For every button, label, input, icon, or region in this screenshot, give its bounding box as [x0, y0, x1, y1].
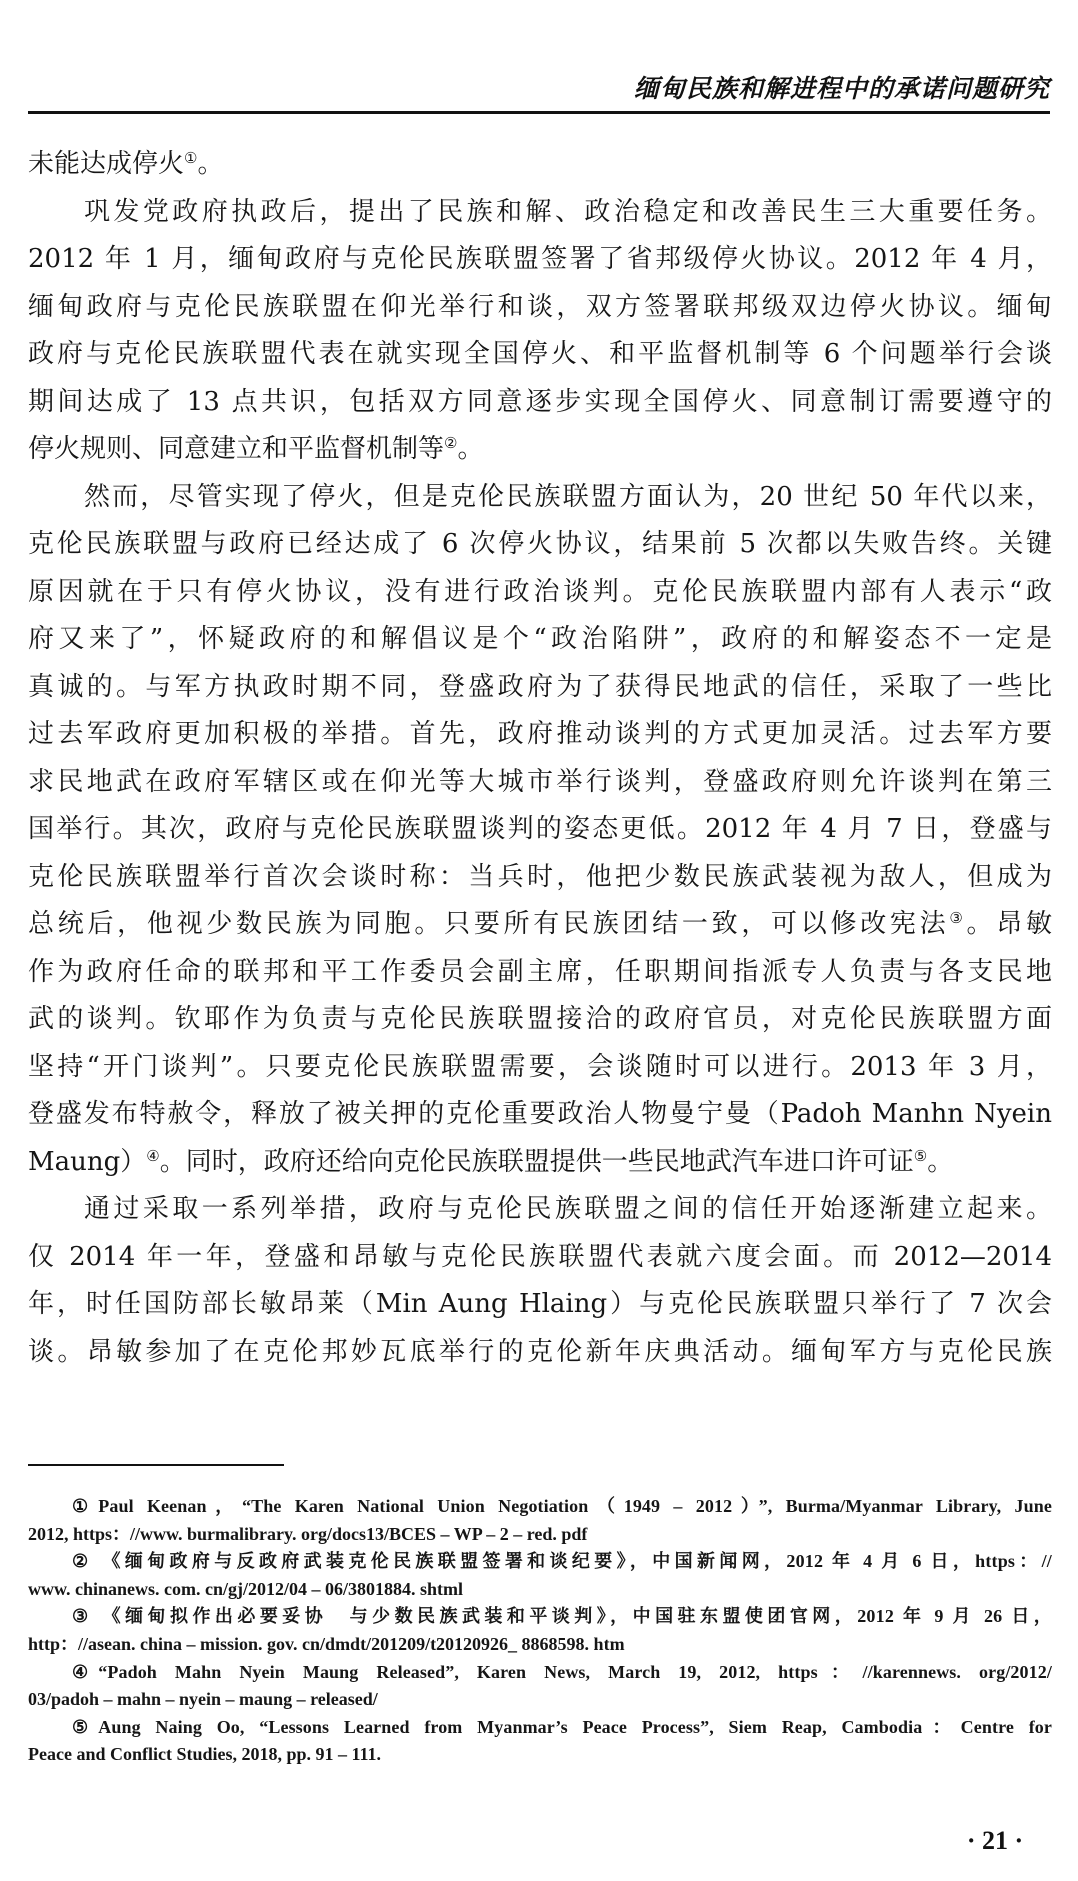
line-text: 克伦民族联盟与政府已经达成了 6 次停火协议，结果前 5 次都以失败告终。关键: [28, 529, 1052, 559]
body-line: 坚持“开门谈判”。只要克伦民族联盟需要，会谈随时可以进行。2013 年 3 月，: [28, 1044, 1052, 1092]
line-text: 登盛发布特赦令，释放了被关押的克伦重要政治人物曼宁曼（Padoh Manhn N…: [28, 1099, 1052, 1129]
line-text: 政府与克伦民族联盟代表在就实现全国停火、和平监督机制等 6 个问题举行会谈: [28, 339, 1052, 369]
footnote-reference[interactable]: ②: [444, 434, 457, 452]
body-text: 未能达成停火①。巩发党政府执政后，提出了民族和解、政治稳定和改善民生三大重要任务…: [28, 141, 1052, 1376]
body-line: 通过采取一系列举措，政府与克伦民族联盟之间的信任开始逐渐建立起来。: [28, 1186, 1052, 1234]
footnote-text: 2012, https：//www. burmalibrary. org/doc…: [28, 1524, 587, 1544]
footnote-text: “Padoh Mahn Nyein Maung Released”, Karen…: [98, 1662, 1052, 1682]
footnote-marker: ③: [72, 1603, 88, 1631]
footnote-separator: [28, 1464, 284, 1466]
line-text: 年，时任国防部长敏昂莱（Min Aung Hlaing）与克伦民族联盟只举行了 …: [28, 1289, 1052, 1319]
line-text: Maung）: [28, 1147, 146, 1177]
body-line: 武的谈判。钦耶作为负责与克伦民族联盟接洽的政府官员，对克伦民族联盟方面: [28, 996, 1052, 1044]
body-line: 期间达成了 13 点共识，包括双方同意逐步实现全国停火、同意制订需要遵守的: [28, 379, 1052, 427]
line-text: 。: [927, 1147, 953, 1177]
line-text: 总统后，他视少数民族为同胞。只要所有民族团结一致，可以修改宪法: [28, 909, 949, 939]
body-line: 谈。昂敏参加了在克伦邦妙瓦底举行的克伦新年庆典活动。缅甸军方与克伦民族: [28, 1329, 1052, 1377]
line-text: 仅 2014 年一年，登盛和昂敏与克伦民族联盟代表就六度会面。而 2012—20…: [28, 1242, 1052, 1272]
footnote-text: Peace and Conflict Studies, 2018, pp. 91…: [28, 1744, 381, 1764]
body-line: 然而，尽管实现了停火，但是克伦民族联盟方面认为，20 世纪 50 年代以来，: [28, 474, 1052, 522]
footnote-reference[interactable]: ①: [184, 149, 197, 167]
line-text: 原因就在于只有停火协议，没有进行政治谈判。克伦民族联盟内部有人表示“政: [28, 577, 1052, 607]
footnote-text: 03/padoh – mahn – nyein – maung – releas…: [28, 1689, 378, 1709]
line-text: 武的谈判。钦耶作为负责与克伦民族联盟接洽的政府官员，对克伦民族联盟方面: [28, 1004, 1052, 1034]
header-rule: [28, 111, 1050, 114]
body-line: 克伦民族联盟与政府已经达成了 6 次停火协议，结果前 5 次都以失败告终。关键: [28, 521, 1052, 569]
document-page: 缅甸民族和解进程中的承诺问题研究 未能达成停火①。巩发党政府执政后，提出了民族和…: [0, 0, 1078, 1881]
body-line: 府又来了”，怀疑政府的和解倡议是个“政治陷阱”，政府的和解姿态不一定是: [28, 616, 1052, 664]
body-line: 未能达成停火①。: [28, 141, 1052, 189]
line-text: 真诚的。与军方执政时期不同，登盛政府为了获得民地武的信任，采取了一些比: [28, 672, 1052, 702]
line-text: 停火规则、同意建立和平监督机制等: [28, 434, 444, 464]
body-line: 克伦民族联盟举行首次会谈时称：当兵时，他把少数民族武装视为敌人，但成为: [28, 854, 1052, 902]
line-text: 未能达成停火: [28, 149, 184, 179]
footnote-marker: ④: [72, 1659, 88, 1687]
footnote-reference[interactable]: ③: [949, 909, 966, 927]
footnote-1: ①Paul Keenan，“The Karen National Union N…: [28, 1493, 1052, 1521]
footnote-text: Aung Naing Oo, “Lessons Learned from Mya…: [98, 1717, 1052, 1737]
footnote-marker: ①: [72, 1493, 88, 1521]
line-text: 作为政府任命的联邦和平工作委员会副主席，任职期间指派专人负责与各支民地: [28, 957, 1052, 987]
body-line: 停火规则、同意建立和平监督机制等②。: [28, 426, 1052, 474]
footnote-text: www. chinanews. com. cn/gj/2012/04 – 06/…: [28, 1579, 463, 1599]
line-text: 期间达成了 13 点共识，包括双方同意逐步实现全国停火、同意制订需要遵守的: [28, 387, 1052, 417]
footnote-continuation: www. chinanews. com. cn/gj/2012/04 – 06/…: [28, 1576, 1052, 1604]
line-text: 过去军政府更加积极的举措。首先，政府推动谈判的方式更加灵活。过去军方要: [28, 719, 1052, 749]
body-line: Maung）④。同时，政府还给向克伦民族联盟提供一些民地武汽车进口许可证⑤。: [28, 1139, 1052, 1187]
page-number: · 21 ·: [950, 1824, 1040, 1858]
footnotes: ①Paul Keenan，“The Karen National Union N…: [28, 1493, 1052, 1769]
line-text: 。: [457, 434, 483, 464]
footnote-continuation: 03/padoh – mahn – nyein – maung – releas…: [28, 1686, 1052, 1714]
body-line: 过去军政府更加积极的举措。首先，政府推动谈判的方式更加灵活。过去军方要: [28, 711, 1052, 759]
footnote-4: ④“Padoh Mahn Nyein Maung Released”, Kare…: [28, 1659, 1052, 1687]
body-line: 真诚的。与军方执政时期不同，登盛政府为了获得民地武的信任，采取了一些比: [28, 664, 1052, 712]
body-line: 登盛发布特赦令，释放了被关押的克伦重要政治人物曼宁曼（Padoh Manhn N…: [28, 1091, 1052, 1139]
footnote-text: 《缅甸拟作出必要妥协 与少数民族武装和平谈判》，中国驻东盟使团官网，2012 年…: [98, 1606, 1052, 1626]
body-line: 政府与克伦民族联盟代表在就实现全国停火、和平监督机制等 6 个问题举行会谈: [28, 331, 1052, 379]
line-text: 。昂敏: [967, 909, 1052, 939]
line-text: 国举行。其次，政府与克伦民族联盟谈判的姿态更低。2012 年 4 月 7 日，登…: [28, 814, 1052, 844]
footnote-3: ③《缅甸拟作出必要妥协 与少数民族武装和平谈判》，中国驻东盟使团官网，2012 …: [28, 1603, 1052, 1631]
body-line: 求民地武在政府军辖区或在仰光等大城市举行谈判，登盛政府则允许谈判在第三: [28, 759, 1052, 807]
running-title: 缅甸民族和解进程中的承诺问题研究: [560, 72, 1050, 106]
line-text: 然而，尽管实现了停火，但是克伦民族联盟方面认为，20 世纪 50 年代以来，: [84, 482, 1052, 512]
body-line: 2012 年 1 月，缅甸政府与克伦民族联盟签署了省邦级停火协议。2012 年 …: [28, 236, 1052, 284]
line-text: 2012 年 1 月，缅甸政府与克伦民族联盟签署了省邦级停火协议。2012 年 …: [28, 244, 1052, 274]
body-line: 年，时任国防部长敏昂莱（Min Aung Hlaing）与克伦民族联盟只举行了 …: [28, 1281, 1052, 1329]
line-text: 巩发党政府执政后，提出了民族和解、政治稳定和改善民生三大重要任务。: [84, 197, 1052, 227]
footnote-text: 《缅甸政府与反政府武装克伦民族联盟签署和谈纪要》，中国新闻网，2012 年 4 …: [98, 1551, 1052, 1571]
body-line: 作为政府任命的联邦和平工作委员会副主席，任职期间指派专人负责与各支民地: [28, 949, 1052, 997]
footnote-continuation: 2012, https：//www. burmalibrary. org/doc…: [28, 1521, 1052, 1549]
footnote-marker: ②: [72, 1548, 88, 1576]
footnote-2: ②《缅甸政府与反政府武装克伦民族联盟签署和谈纪要》，中国新闻网，2012 年 4…: [28, 1548, 1052, 1576]
line-text: 。: [197, 149, 223, 179]
line-text: 克伦民族联盟举行首次会谈时称：当兵时，他把少数民族武装视为敌人，但成为: [28, 862, 1052, 892]
body-line: 总统后，他视少数民族为同胞。只要所有民族团结一致，可以修改宪法③。昂敏: [28, 901, 1052, 949]
body-line: 国举行。其次，政府与克伦民族联盟谈判的姿态更低。2012 年 4 月 7 日，登…: [28, 806, 1052, 854]
footnote-5: ⑤Aung Naing Oo, “Lessons Learned from My…: [28, 1714, 1052, 1742]
footnote-continuation: Peace and Conflict Studies, 2018, pp. 91…: [28, 1741, 1052, 1769]
line-text: 通过采取一系列举措，政府与克伦民族联盟之间的信任开始逐渐建立起来。: [84, 1194, 1052, 1224]
line-text: 缅甸政府与克伦民族联盟在仰光举行和谈，双方签署联邦级双边停火协议。缅甸: [28, 292, 1052, 322]
footnote-text: http：//asean. china – mission. gov. cn/d…: [28, 1634, 625, 1654]
footnote-continuation: http：//asean. china – mission. gov. cn/d…: [28, 1631, 1052, 1659]
line-text: 谈。昂敏参加了在克伦邦妙瓦底举行的克伦新年庆典活动。缅甸军方与克伦民族: [28, 1337, 1052, 1367]
line-text: 坚持“开门谈判”。只要克伦民族联盟需要，会谈随时可以进行。2013 年 3 月，: [28, 1052, 1052, 1082]
footnote-reference[interactable]: ⑤: [914, 1147, 927, 1165]
footnote-marker: ⑤: [72, 1714, 88, 1742]
body-line: 巩发党政府执政后，提出了民族和解、政治稳定和改善民生三大重要任务。: [28, 189, 1052, 237]
body-line: 缅甸政府与克伦民族联盟在仰光举行和谈，双方签署联邦级双边停火协议。缅甸: [28, 284, 1052, 332]
line-text: 。同时，政府还给向克伦民族联盟提供一些民地武汽车进口许可证: [160, 1147, 914, 1177]
footnote-reference[interactable]: ④: [146, 1147, 159, 1165]
line-text: 求民地武在政府军辖区或在仰光等大城市举行谈判，登盛政府则允许谈判在第三: [28, 767, 1052, 797]
body-line: 仅 2014 年一年，登盛和昂敏与克伦民族联盟代表就六度会面。而 2012—20…: [28, 1234, 1052, 1282]
line-text: 府又来了”，怀疑政府的和解倡议是个“政治陷阱”，政府的和解姿态不一定是: [28, 624, 1052, 654]
body-line: 原因就在于只有停火协议，没有进行政治谈判。克伦民族联盟内部有人表示“政: [28, 569, 1052, 617]
footnote-text: Paul Keenan，“The Karen National Union Ne…: [98, 1496, 1052, 1516]
